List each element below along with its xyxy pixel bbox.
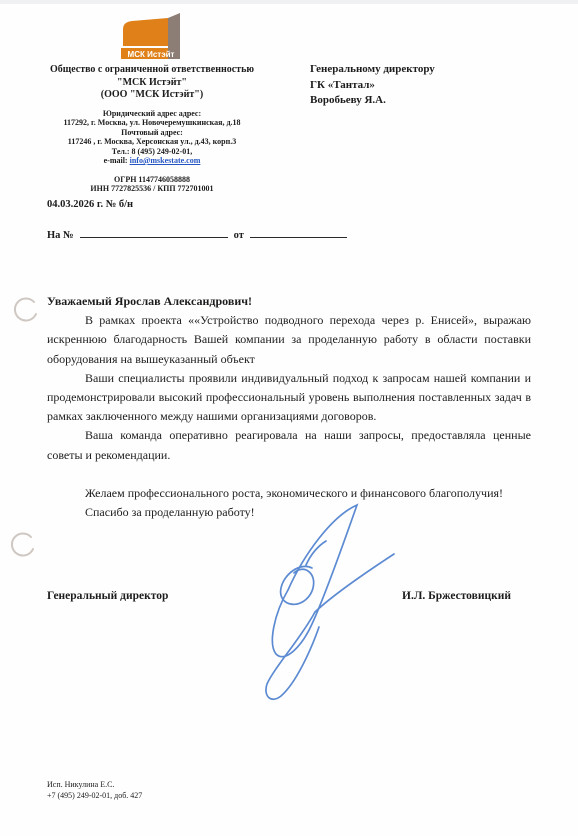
email-label: e-mail: [104,156,128,165]
blank-date-line [250,226,347,238]
phone-line: Тел.: 8 (495) 249-02-01, [12,147,292,157]
hole-punch-mark [8,532,38,562]
ogrn-line: ОГРН 1147746058888 [12,175,292,185]
company-name-line2: "МСК Истэйт" [12,77,292,90]
legal-address: 117292, г. Москва, ул. Новочеремушкинска… [12,118,292,128]
signer-position: Генеральный директор [47,590,168,602]
company-name-line3: (ООО "МСК Истэйт") [12,89,292,102]
legal-address-label: Юридический адрес адрес: [12,109,292,119]
addressee-company: ГК «Тантал» [310,78,435,94]
executor-block: Исп. Никулина Е.С. +7 (495) 249-02-01, д… [47,780,142,801]
paragraph-3: Ваша команда оперативно реагировала на н… [47,426,531,464]
inn-kpp-line: ИНН 7727825536 / КПП 772701001 [12,184,292,194]
postal-address-label: Почтовый адрес: [12,128,292,138]
company-name-line1: Общество с ограниченной ответственностью [12,64,292,77]
logo-wordmark: МСК Истэйт [120,50,182,59]
addressee-position: Генеральному директору [310,62,435,78]
signer-name: И.Л. Бржестовицкий [402,590,531,602]
email-link[interactable]: info@mskestate.com [130,156,201,165]
executor-name: Исп. Никулина Е.С. [47,780,142,791]
reply-reference-line: На №от [47,226,347,241]
date-number-line: 04.03.2026 г. № б/н [47,199,133,210]
company-logo: МСК Истэйт [120,12,184,61]
paragraph-1: В рамках проекта ««Устройство подводного… [47,311,531,369]
signoff-row: Генеральный директор И.Л. Бржестовицкий [47,590,531,602]
paragraph-2: Ваши специалисты проявили индивидуальный… [47,369,531,427]
na-label: На № [47,230,74,241]
scan-edge-artifact [0,0,578,4]
letter-page: МСК Истэйт Общество с ограниченной ответ… [0,0,578,836]
salutation: Уважаемый Ярослав Александрович! [47,292,531,311]
email-line: e-mail: info@mskestate.com [12,156,292,166]
addressee-block: Генеральному директору ГК «Тантал» Вороб… [310,62,435,109]
ot-label: от [234,230,244,241]
blank-number-line [80,226,228,238]
postal-address: 117246 , г. Москва, Херсонская ул., д.43… [12,137,292,147]
letterhead: МСК Истэйт Общество с ограниченной ответ… [12,12,292,194]
hole-punch-mark [10,296,40,326]
addressee-name: Воробьеву Я.А. [310,93,435,109]
executor-phone: +7 (495) 249-02-01, доб. 427 [47,791,142,802]
